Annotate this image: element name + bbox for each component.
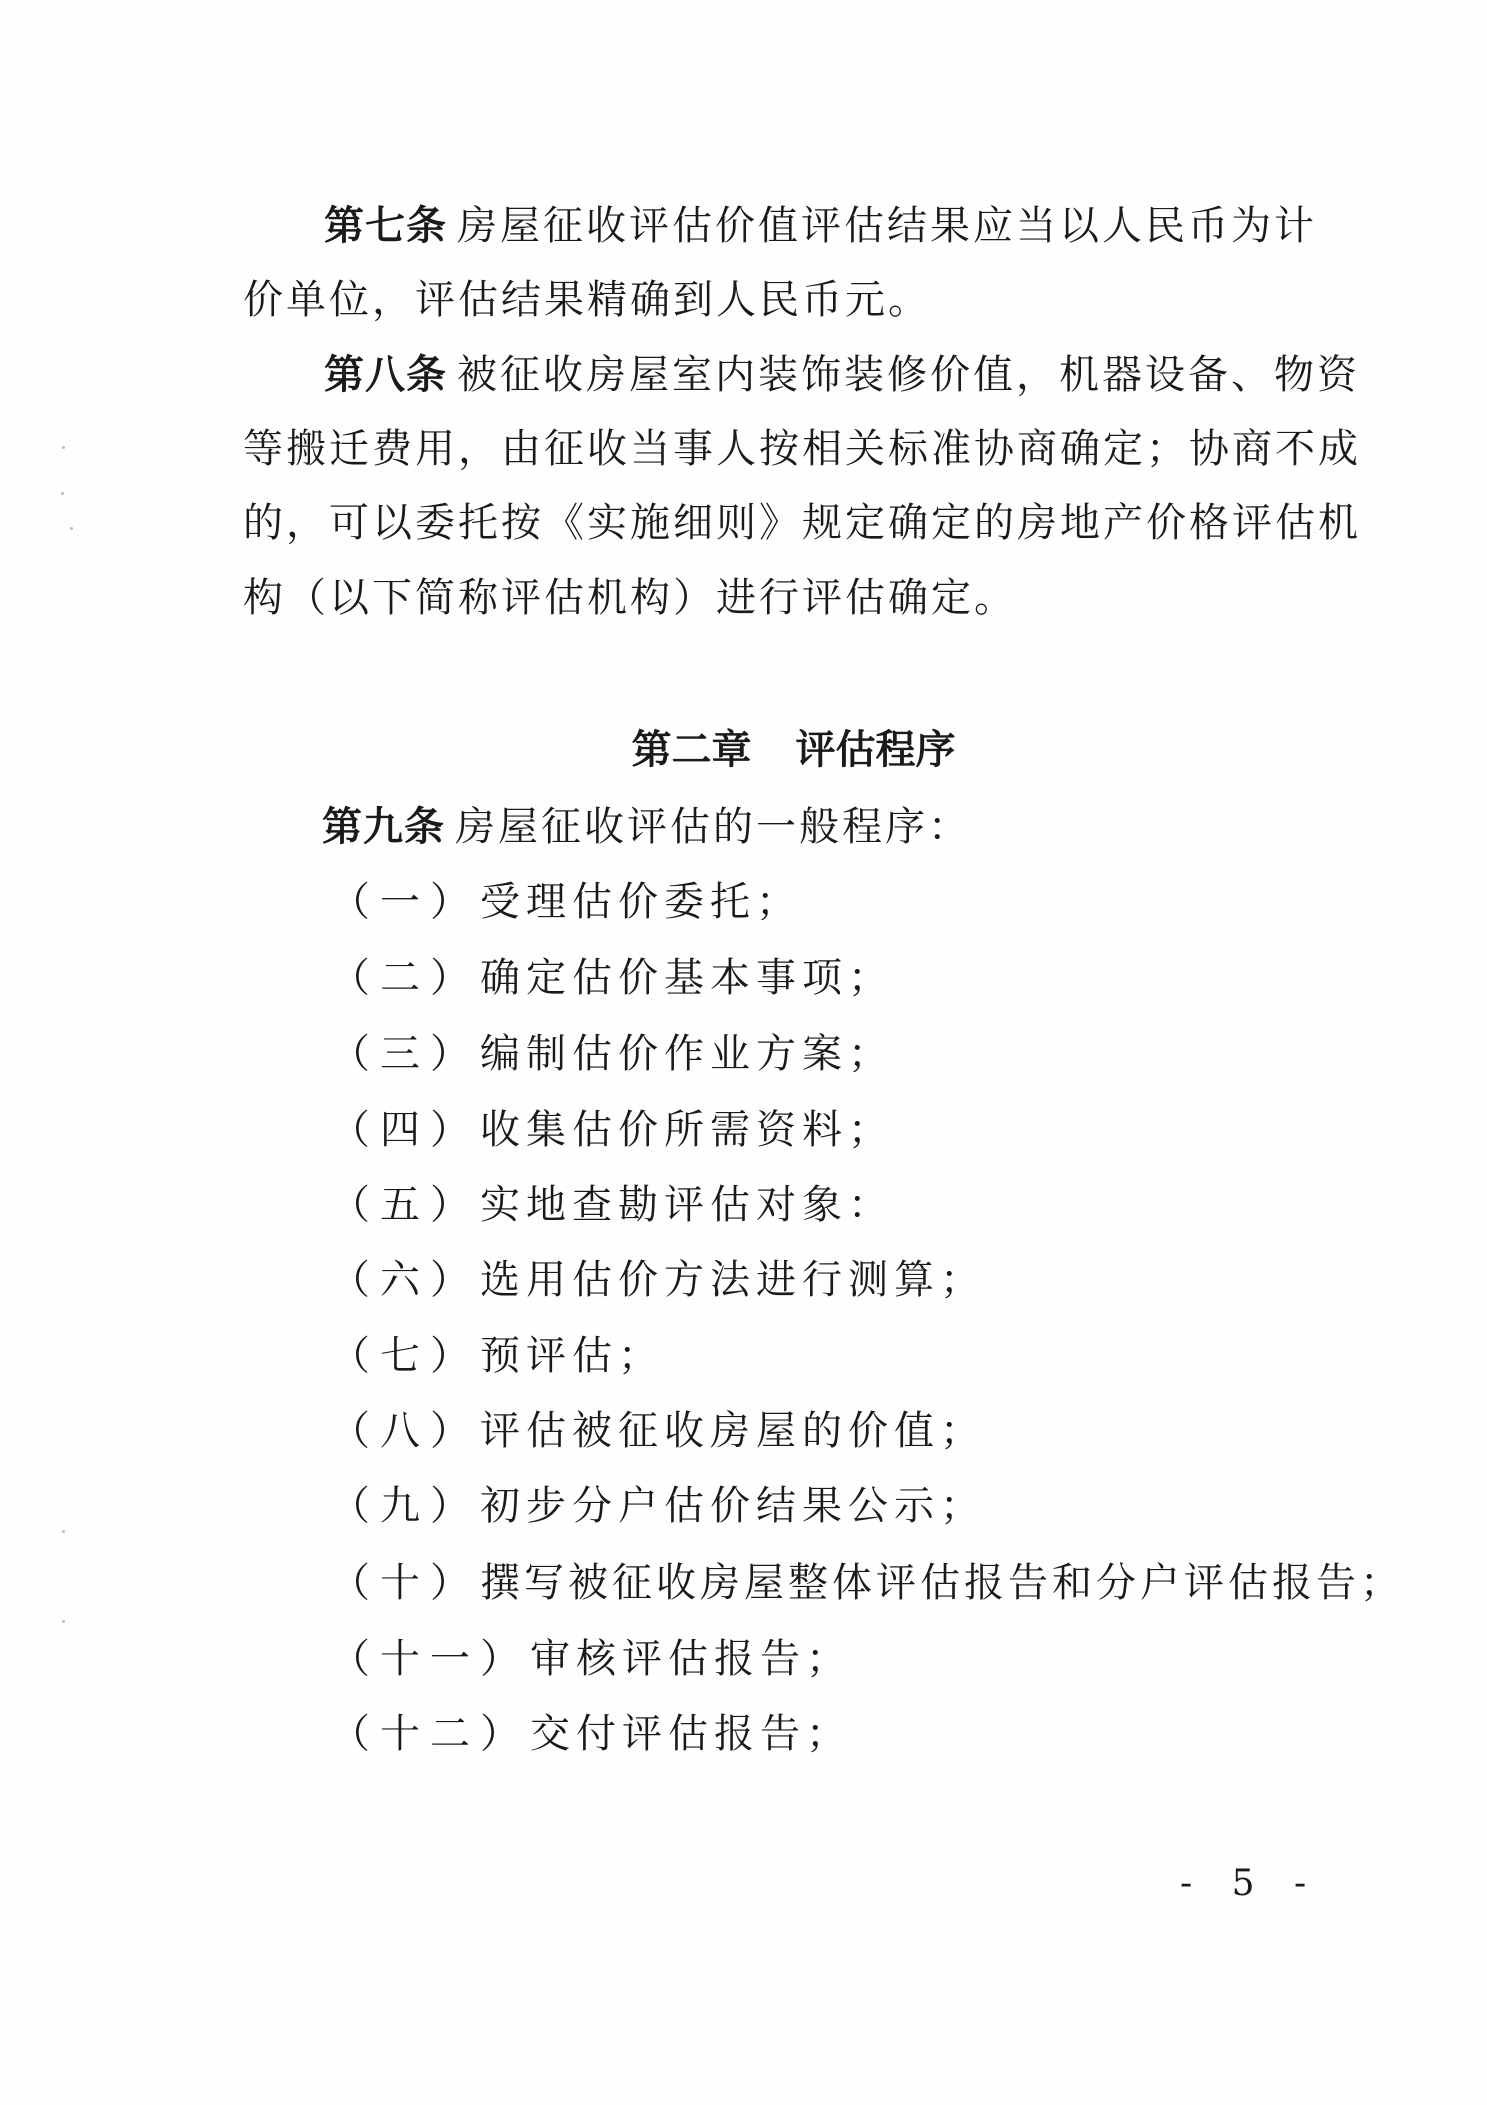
article-7-line-1: 第七条房屋征收评估价值评估结果应当以人民币为计	[324, 202, 1273, 250]
article-text: 被征收房屋室内装饰装修价值，机器设备、物资	[457, 352, 1360, 398]
procedure-item: （六）选用估价方法进行测算；	[330, 1256, 986, 1304]
item-number: （十一）	[330, 1636, 530, 1682]
item-number: （十二）	[330, 1711, 530, 1757]
item-text: 评估被征收房屋的价值；	[480, 1408, 986, 1454]
article-label: 第八条	[324, 352, 447, 398]
item-number: （十）	[330, 1560, 480, 1606]
article-text: 的，可以委托按《实施细则》规定确定的房地产价格评估机	[243, 500, 1361, 546]
procedure-item: （四）收集估价所需资料；	[330, 1106, 894, 1154]
item-number: （三）	[330, 1031, 480, 1077]
article-text: 价单位，评估结果精确到人民币元。	[243, 277, 931, 323]
article-8-line-4: 构（以下简称评估机构）进行评估确定。	[243, 574, 1273, 622]
procedure-item: （三）编制估价作业方案；	[330, 1030, 894, 1078]
article-8-line-1: 第八条被征收房屋室内装饰装修价值，机器设备、物资	[324, 351, 1273, 399]
item-text: 实地查勘评估对象：	[480, 1182, 894, 1228]
item-text: 交付评估报告；	[530, 1711, 852, 1757]
article-text: 房屋征收评估的一般程序：	[455, 804, 971, 850]
item-number: （九）	[330, 1483, 480, 1529]
scan-speck	[70, 527, 73, 530]
page-number: - 5 -	[1180, 1862, 1320, 1906]
scan-speck	[61, 492, 64, 495]
article-text: 构（以下简称评估机构）进行评估确定。	[243, 575, 1017, 621]
item-text: 撰写被征收房屋整体评估报告和分户评估报告；	[480, 1560, 1404, 1606]
item-text: 收集估价所需资料；	[480, 1107, 894, 1153]
procedure-item: （十一）审核评估报告；	[330, 1635, 852, 1683]
item-number: （二）	[330, 955, 480, 1001]
article-9-line: 第九条房屋征收评估的一般程序：	[322, 803, 971, 851]
scan-speck	[62, 1620, 65, 1623]
procedure-item: （十）撰写被征收房屋整体评估报告和分户评估报告；	[330, 1559, 1404, 1607]
item-number: （一）	[330, 879, 480, 925]
item-number: （五）	[330, 1182, 480, 1228]
chapter-title: 评估程序	[796, 727, 956, 773]
item-text: 确定估价基本事项；	[480, 955, 894, 1001]
procedure-item: （八）评估被征收房屋的价值；	[330, 1407, 986, 1455]
procedure-item: （九）初步分户估价结果公示；	[330, 1482, 986, 1530]
article-8-line-2: 等搬迁费用，由征收当事人按相关标准协商确定；协商不成	[243, 425, 1273, 473]
document-page: 第七条房屋征收评估价值评估结果应当以人民币为计 价单位，评估结果精确到人民币元。…	[0, 0, 1487, 2105]
chapter-number: 第二章	[632, 727, 752, 773]
item-number: （四）	[330, 1107, 480, 1153]
article-label: 第七条	[324, 203, 447, 249]
procedure-item: （七）预评估；	[330, 1332, 664, 1380]
procedure-item: （一）受理估价委托；	[330, 878, 802, 926]
item-text: 初步分户估价结果公示；	[480, 1483, 986, 1529]
scan-speck	[62, 446, 65, 449]
procedure-item: （五）实地查勘评估对象：	[330, 1181, 894, 1229]
article-text: 等搬迁费用，由征收当事人按相关标准协商确定；协商不成	[243, 426, 1361, 472]
article-text: 房屋征收评估价值评估结果应当以人民币为计	[457, 203, 1317, 249]
article-8-line-3: 的，可以委托按《实施细则》规定确定的房地产价格评估机	[243, 499, 1273, 547]
item-text: 选用估价方法进行测算；	[480, 1257, 986, 1303]
item-text: 审核评估报告；	[530, 1636, 852, 1682]
item-number: （七）	[330, 1333, 480, 1379]
item-number: （八）	[330, 1408, 480, 1454]
procedure-item: （十二）交付评估报告；	[330, 1710, 852, 1758]
article-label: 第九条	[322, 804, 445, 850]
procedure-item: （二）确定估价基本事项；	[330, 954, 894, 1002]
item-text: 预评估；	[480, 1333, 664, 1379]
item-number: （六）	[330, 1257, 480, 1303]
article-7-line-2: 价单位，评估结果精确到人民币元。	[243, 276, 1273, 324]
scan-speck	[62, 1530, 65, 1533]
chapter-heading: 第二章评估程序	[0, 726, 1487, 774]
item-text: 编制估价作业方案；	[480, 1031, 894, 1077]
item-text: 受理估价委托；	[480, 879, 802, 925]
